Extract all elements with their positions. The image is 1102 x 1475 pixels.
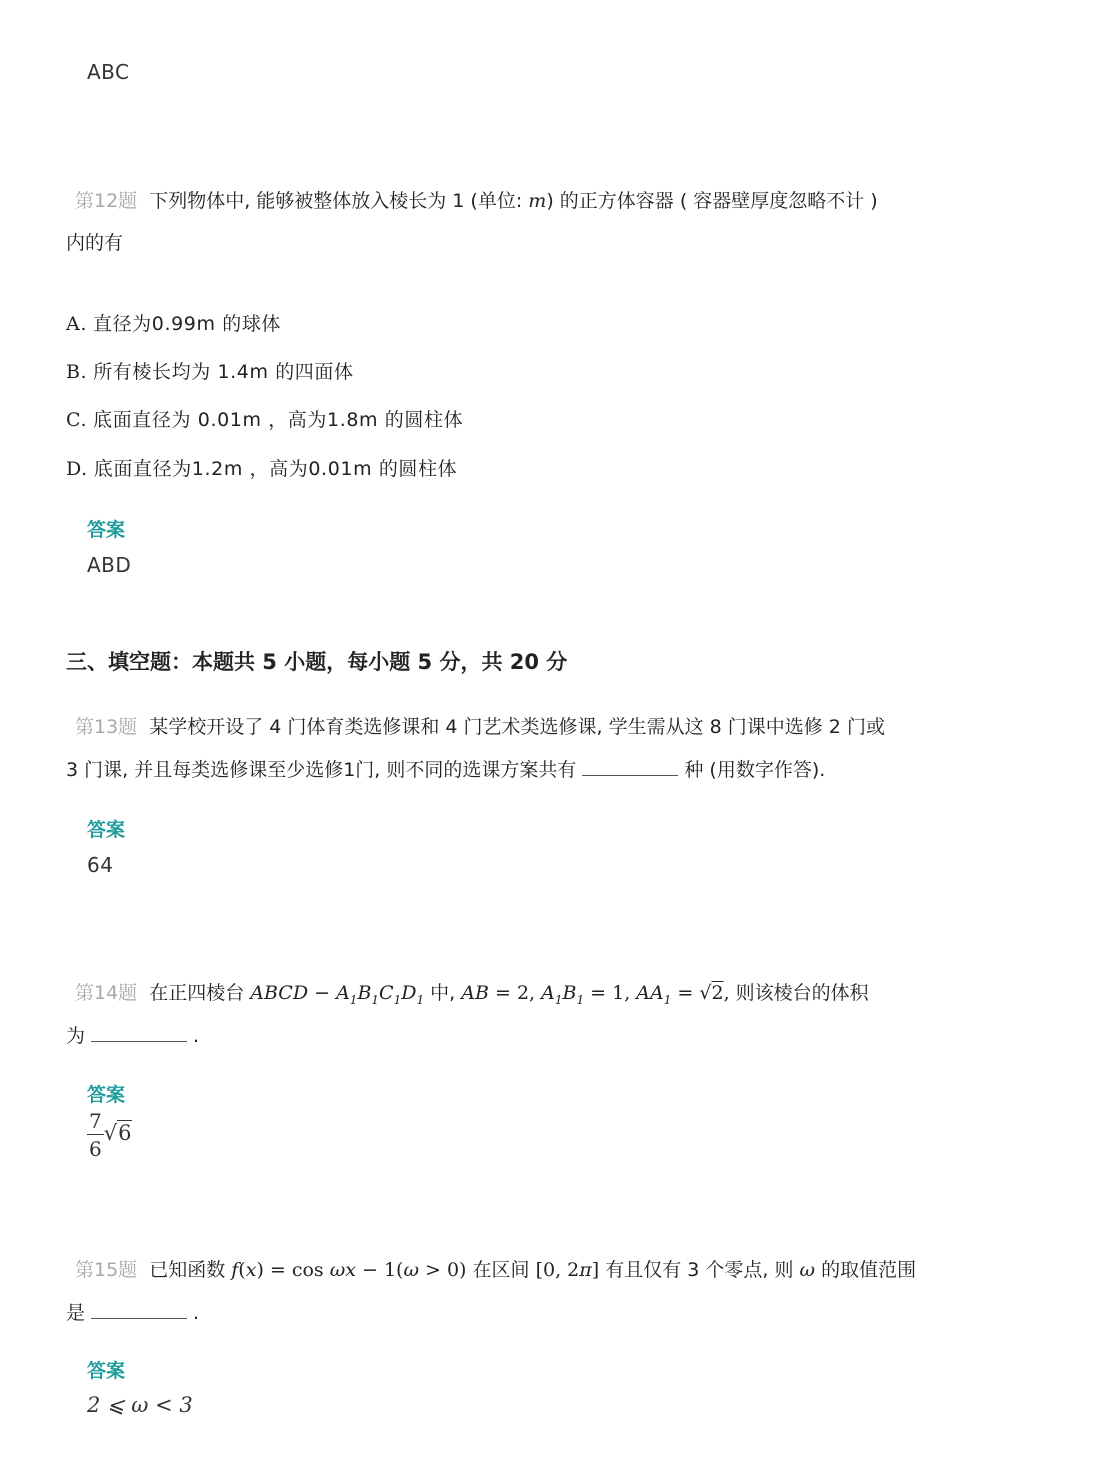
q14-formula-conditions: AB = 2, A1B1 = 1, AA1 = √2, [461,982,729,1004]
q12-unit: m [528,190,546,212]
answer-blank [582,757,678,776]
option-label: B. [66,361,87,383]
option-label: D. [66,458,88,480]
q14-answer-label: 答案 [87,1080,125,1107]
q14-stem-c: 则该棱台的体积 [736,982,869,1004]
q15-stem-a: 已知函数 [149,1259,225,1281]
q15-stem-line2: 是. [66,1298,199,1325]
section-title: 三、填空题：本题共 5 小题，每小题 5 分，共 20 分 [66,646,567,676]
q12-answer-label: 答案 [87,515,125,542]
q15-stem-line1: 第15题已知函数 f(x) = cos ωx − 1(ω > 0) 在区间 [0… [75,1255,916,1282]
q12-stem-b: ) 的正方体容器 ( 容器壁厚度忽略不计 ) [546,190,877,212]
q12-option-b: B.所有棱长均为 1.4m 的四面体 [66,357,354,384]
q15-formula-function: f(x) = cos ωx − 1(ω > 0) [231,1259,466,1281]
q13-stem-c: 种 (用数字作答). [684,759,825,781]
q12-option-c: C.底面直径为 0.01m ，高为1.8m 的圆柱体 [66,405,463,432]
q14-stem-a: 在正四棱台 [149,982,244,1004]
q13-answer-label: 答案 [87,815,125,842]
q13-answer: 64 [87,853,113,877]
answer-blank [91,1023,187,1042]
answer-blank [91,1300,187,1319]
q11-answer: ABC [87,60,130,84]
q12-number: 第12题 [75,190,137,212]
q15-formula-omega: ω [800,1259,816,1281]
q14-stem-d: 为 [66,1025,85,1047]
option-label: A. [66,313,87,335]
q15-stem-c: 有且仅有 3 个零点, 则 [605,1259,793,1281]
fraction-denominator: 6 [87,1135,104,1163]
q14-stem-line1: 第14题在正四棱台 ABCD − A1B1C1D1 中, AB = 2, A1B… [75,978,869,1007]
q13-stem-line2: 3 门课, 并且每类选修课至少选修1门, 则不同的选课方案共有种 (用数字作答)… [66,755,825,782]
q14-number: 第14题 [75,982,137,1004]
q12-option-d: D.底面直径为1.2m ，高为0.01m 的圆柱体 [66,454,457,481]
q15-stem-b: 在区间 [473,1259,530,1281]
q14-stem-line2: 为. [66,1021,199,1048]
sqrt-radicand: 6 [117,1120,131,1145]
option-text: 底面直径为 0.01m ，高为1.8m 的圆柱体 [93,409,463,431]
q13-stem-line1: 第13题某学校开设了 4 门体育类选修课和 4 门艺术类选修课, 学生需从这 8… [75,712,885,739]
q15-answer-label: 答案 [87,1356,125,1383]
q14-stem-b: 中, [430,982,455,1004]
q12-option-a: A.直径为0.99m 的球体 [66,309,281,336]
option-text: 所有棱长均为 1.4m 的四面体 [93,361,353,383]
option-text: 底面直径为1.2m ，高为0.01m 的圆柱体 [94,458,457,480]
q14-answer: 76√6 [87,1108,132,1163]
q12-stem-a: 下列物体中, 能够被整体放入棱长为 1 (单位: [149,190,528,212]
q15-stem-e: 是 [66,1302,85,1324]
q15-answer: 2 ⩽ ω < 3 [87,1393,193,1417]
fraction-numerator: 7 [87,1108,104,1135]
q14-stem-end: . [193,1025,199,1047]
q14-formula-frustum: ABCD − A1B1C1D1 [250,982,424,1004]
q12-answer: ABD [87,553,131,577]
answer-sqrt: √6 [104,1120,132,1145]
option-text: 直径为0.99m 的球体 [93,313,281,335]
q15-number: 第15题 [75,1259,137,1281]
q13-stem-a: 某学校开设了 4 门体育类选修课和 4 门艺术类选修课, 学生需从这 8 门课中… [149,716,885,738]
q12-stem-line2: 内的有 [66,228,123,255]
q12-stem-line1: 第12题下列物体中, 能够被整体放入棱长为 1 (单位: m) 的正方体容器 (… [75,186,878,213]
q13-stem-b: 3 门课, 并且每类选修课至少选修1门, 则不同的选课方案共有 [66,759,576,781]
q15-stem-end: . [193,1302,199,1324]
q15-formula-interval: [0, 2π] [536,1259,600,1281]
q13-number: 第13题 [75,716,137,738]
option-label: C. [66,409,87,431]
answer-fraction: 76 [87,1108,104,1163]
q15-stem-d: 的取值范围 [821,1259,916,1281]
